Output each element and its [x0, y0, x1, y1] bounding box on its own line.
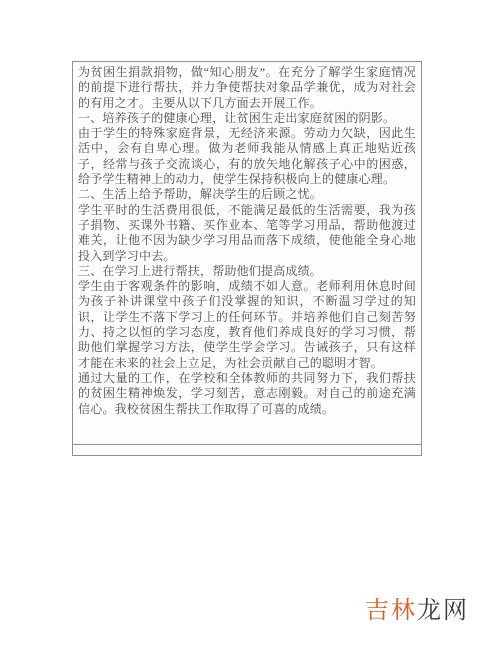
doc-heading-3: 三、在学习上进行帮扶，帮助他们提高成绩。: [78, 264, 416, 279]
page: 为贫困生捐款捐物，做“知心朋友”。在充分了解学生家庭情况的前提下进行帮扶，并力争…: [0, 0, 500, 647]
doc-heading-2: 二、生活上给予帮助，解决学生的后顾之忧。: [78, 187, 416, 202]
watermark-text-primary: 吉林: [365, 597, 417, 624]
watermark-text-secondary: 龙网: [417, 597, 469, 624]
watermark: 吉林龙网: [365, 598, 469, 624]
doc-paragraph-3: 学生由于客观条件的影响，成绩不如人意。老师利用休息时间为孩子补讲课堂中孩子们没掌…: [78, 279, 416, 371]
document-empty-row: [73, 445, 421, 455]
doc-heading-1: 一、培养孩子的健康心理，让贫困生走出家庭贫困的阴影。: [78, 111, 416, 126]
doc-paragraph-2: 学生平时的生活费用很低，不能满足最低的生活需要，我为孩子捐物、买课外书籍、买作业…: [78, 203, 416, 264]
doc-paragraph-closing: 通过大量的工作，在学校和全体教师的共同努力下，我们帮扶的贫困生精神焕发，学习刻苦…: [78, 371, 416, 417]
document-text-cell: 为贫困生捐款捐物，做“知心朋友”。在充分了解学生家庭情况的前提下进行帮扶，并力争…: [73, 62, 421, 445]
doc-paragraph-1: 由于学生的特殊家庭背景，无经济来源。劳动力欠缺，因此生活中，会有自卑心理。做为老…: [78, 126, 416, 187]
document-table: 为贫困生捐款捐物，做“知心朋友”。在充分了解学生家庭情况的前提下进行帮扶，并力争…: [72, 61, 422, 456]
doc-paragraph-intro: 为贫困生捐款捐物，做“知心朋友”。在充分了解学生家庭情况的前提下进行帮扶，并力争…: [78, 65, 416, 111]
